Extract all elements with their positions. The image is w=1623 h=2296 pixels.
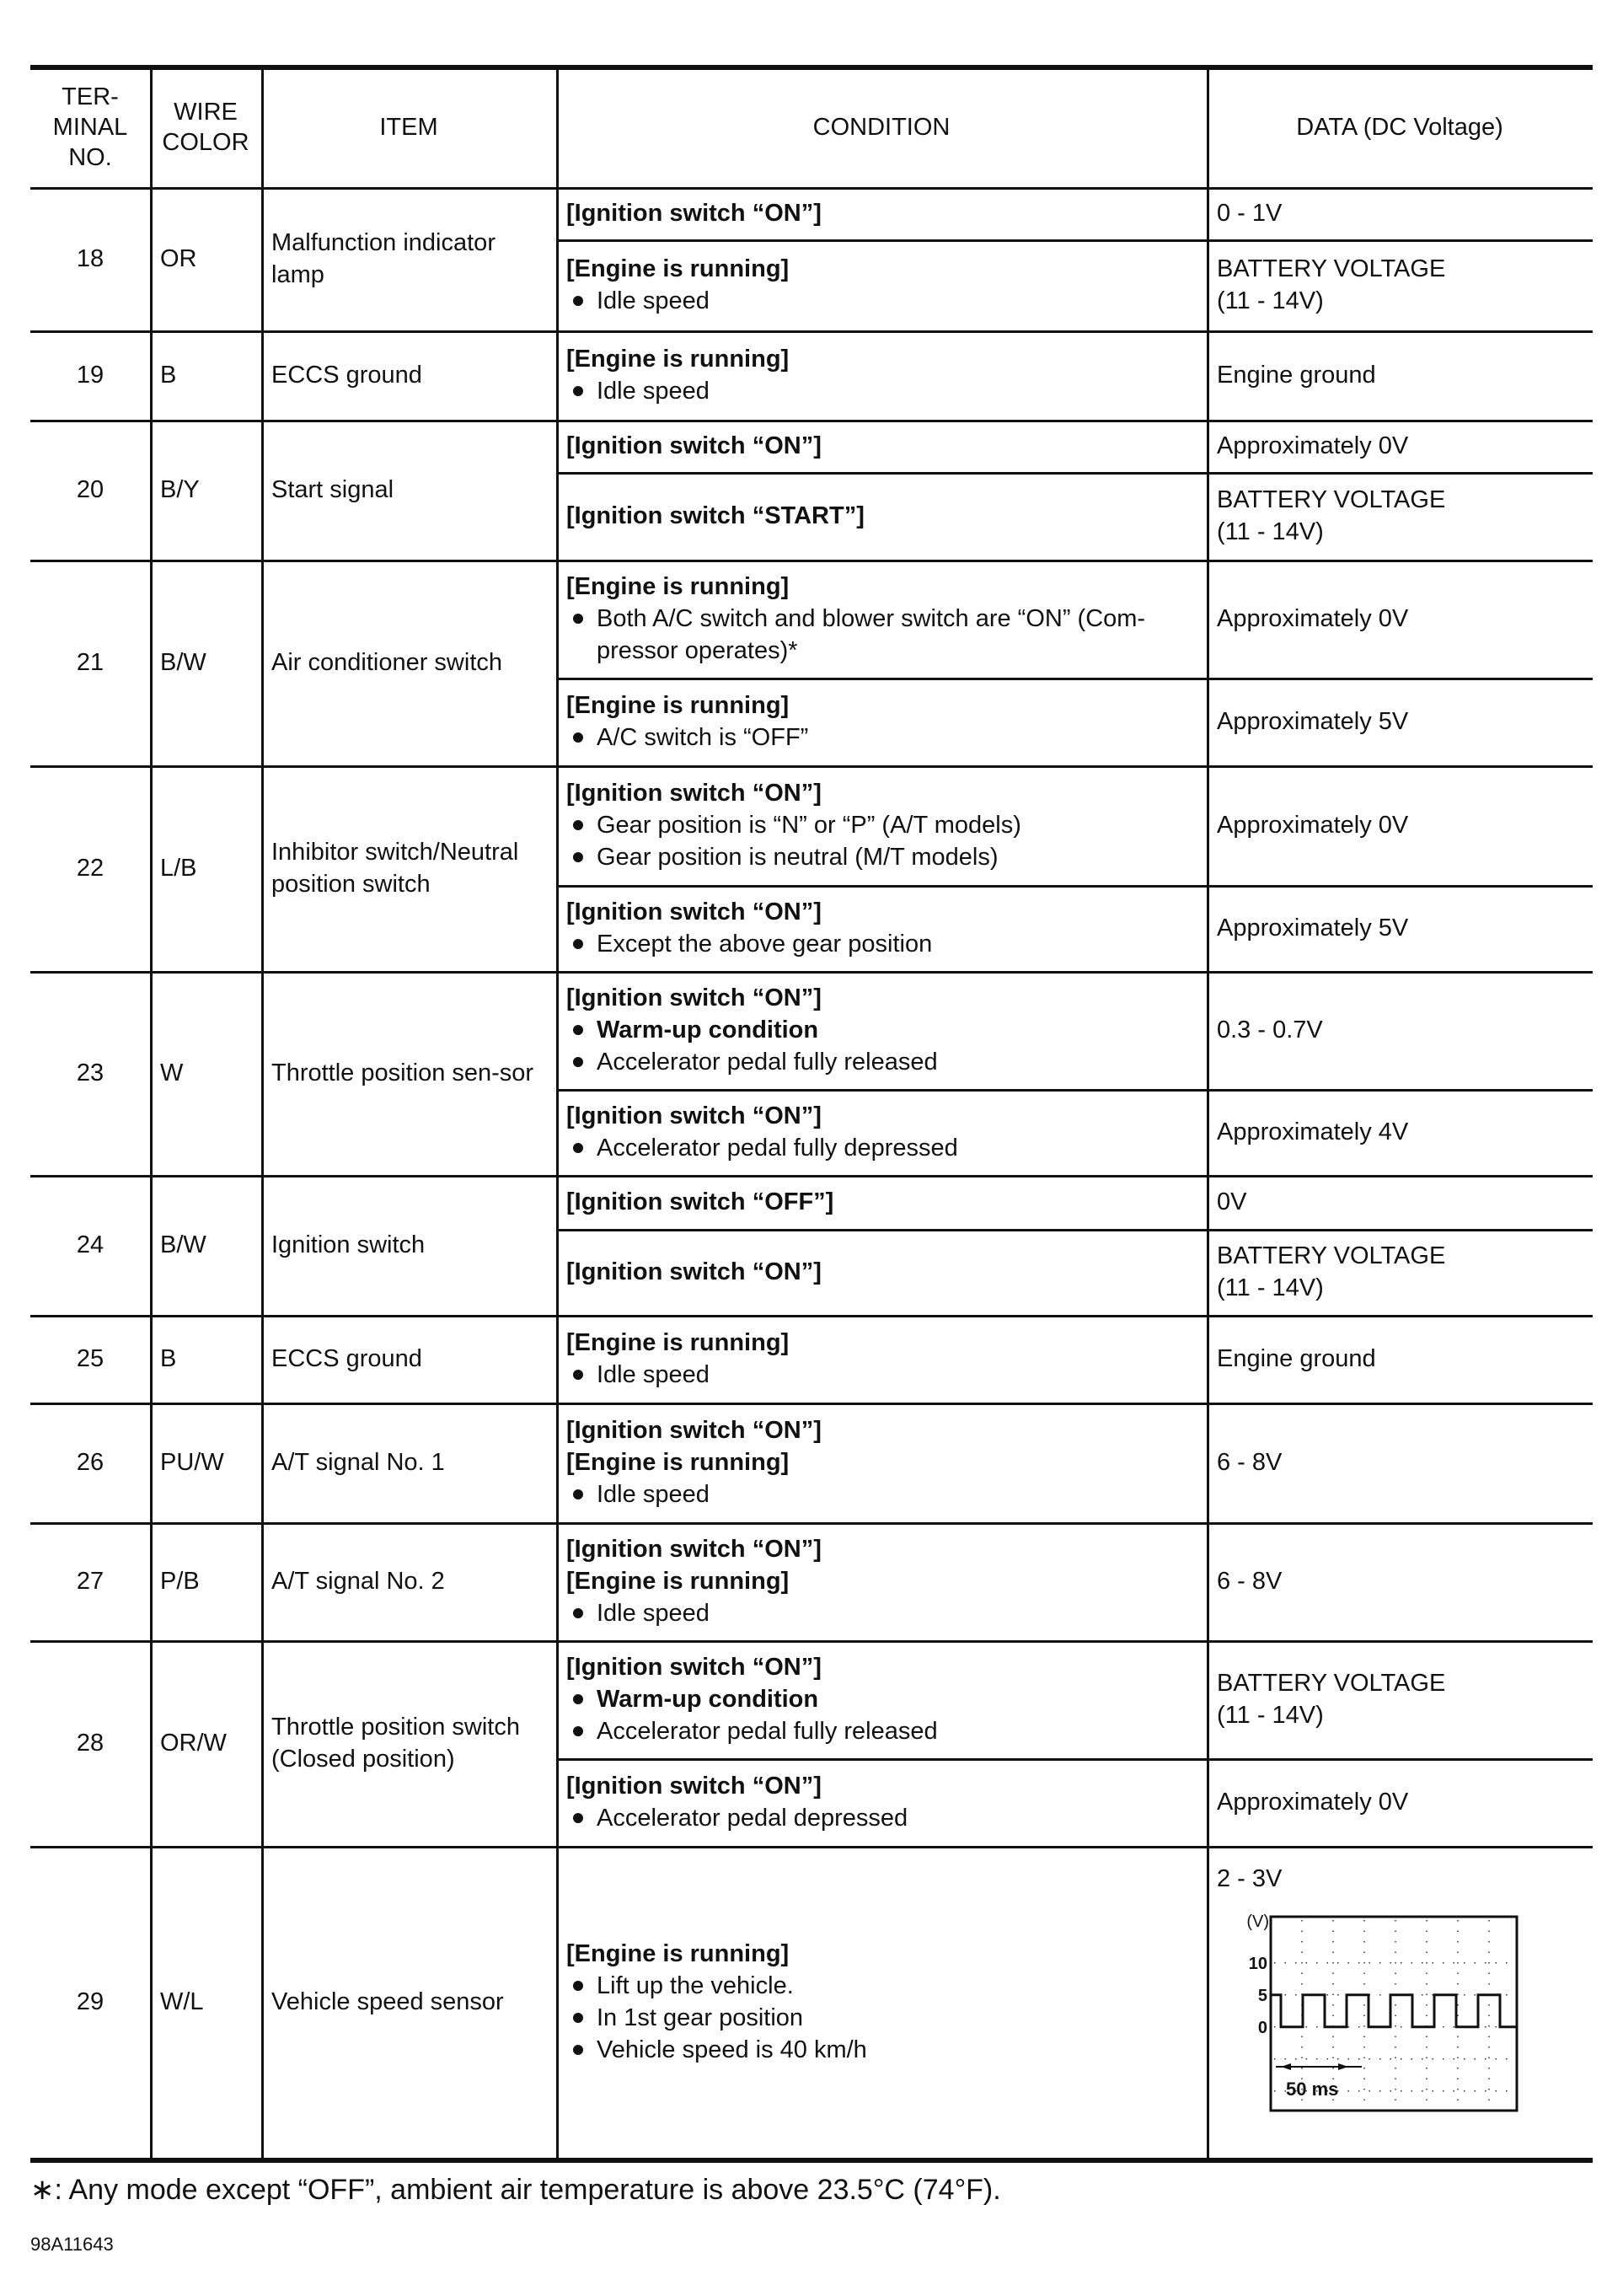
condition-heading: [Engine is running] bbox=[566, 343, 789, 375]
item-name: Malfunction indicator lamp bbox=[261, 187, 556, 330]
item-name-text: Vehicle speed sensor bbox=[271, 1986, 504, 2018]
condition-bullet: Accelerator pedal depressed bbox=[566, 1802, 908, 1834]
header-label-line: NO. bbox=[68, 142, 112, 173]
condition-cell: [Ignition switch “ON”] bbox=[556, 1229, 1207, 1315]
item-name: Vehicle speed sensor bbox=[261, 1846, 556, 2158]
terminal-number-text: 21 bbox=[77, 646, 104, 679]
wire-color-text: B/Y bbox=[160, 474, 200, 506]
data-value-cell: 0 - 1V bbox=[1207, 187, 1593, 239]
y-tick-label: 0 bbox=[1258, 2019, 1267, 2037]
terminal-number: 28 bbox=[30, 1640, 150, 1846]
terminal-number: 20 bbox=[30, 420, 150, 560]
condition-bullet: Accelerator pedal fully released bbox=[566, 1046, 938, 1078]
data-value-cell: 6 - 8V bbox=[1207, 1522, 1593, 1640]
wire-color: PU/W bbox=[150, 1403, 261, 1522]
data-value: (11 - 14V) bbox=[1217, 516, 1324, 548]
data-value: Engine ground bbox=[1217, 1343, 1376, 1375]
condition-cell: [Ignition switch “ON”][Engine is running… bbox=[556, 1522, 1207, 1640]
terminal-number-text: 26 bbox=[77, 1446, 104, 1478]
wire-color: B/W bbox=[150, 560, 261, 765]
condition-bullet: Accelerator pedal fully released bbox=[566, 1715, 938, 1747]
column-divider bbox=[556, 67, 559, 2158]
condition-bullet: In 1st gear position bbox=[566, 2002, 803, 2034]
item-name-text: ECCS ground bbox=[271, 359, 422, 391]
item-name-text: Air conditioner switch bbox=[271, 646, 502, 679]
item-name-text: Inhibitor switch/Neutral position switch bbox=[271, 836, 548, 900]
terminal-number-text: 25 bbox=[77, 1343, 104, 1375]
header-label-line: DATA (DC Voltage) bbox=[1296, 112, 1503, 142]
terminal-number: 26 bbox=[30, 1403, 150, 1522]
data-value: Approximately 5V bbox=[1217, 912, 1408, 944]
condition-heading: [Ignition switch “ON”] bbox=[566, 777, 822, 809]
condition-cell: [Ignition switch “ON”]Accelerator pedal … bbox=[556, 1089, 1207, 1175]
item-name-text: A/T signal No. 2 bbox=[271, 1565, 445, 1597]
condition-heading: [Engine is running] bbox=[566, 689, 789, 722]
condition-cell: [Ignition switch “ON”][Engine is running… bbox=[556, 1403, 1207, 1522]
terminal-number-text: 18 bbox=[77, 243, 104, 275]
condition-heading: [Engine is running] bbox=[566, 1446, 789, 1478]
data-value-cell: Engine ground bbox=[1207, 1315, 1593, 1403]
data-value-cell: 6 - 8V bbox=[1207, 1403, 1593, 1522]
wire-color-text: B bbox=[160, 359, 176, 391]
data-value: BATTERY VOLTAGE bbox=[1217, 1667, 1445, 1699]
condition-heading: [Ignition switch “ON”] bbox=[566, 1651, 822, 1683]
header-terminal-no: TER-MINALNO. bbox=[30, 67, 150, 187]
condition-heading: [Engine is running] bbox=[566, 253, 789, 285]
data-value-cell: Approximately 0V bbox=[1207, 765, 1593, 885]
item-name: A/T signal No. 2 bbox=[261, 1522, 556, 1640]
wire-color-text: W bbox=[160, 1057, 183, 1089]
terminal-number-text: 19 bbox=[77, 359, 104, 391]
header-item: ITEM bbox=[261, 67, 556, 187]
item-name: Ignition switch bbox=[261, 1175, 556, 1315]
y-tick-label: 10 bbox=[1249, 1955, 1267, 1973]
condition-cell: [Engine is running]Both A/C switch and b… bbox=[556, 560, 1207, 678]
footnote: ∗: Any mode except “OFF”, ambient air te… bbox=[30, 2173, 1001, 2207]
condition-bullet: Idle speed bbox=[566, 1597, 710, 1629]
data-value-cell: 0V bbox=[1207, 1175, 1593, 1229]
item-name: Inhibitor switch/Neutral position switch bbox=[261, 765, 556, 971]
figure-code: 98A11643 bbox=[30, 2234, 114, 2256]
data-value-cell: Engine ground bbox=[1207, 330, 1593, 420]
condition-bullet: Idle speed bbox=[566, 375, 710, 407]
wire-color: OR bbox=[150, 187, 261, 330]
item-name: A/T signal No. 1 bbox=[261, 1403, 556, 1522]
item-name-text: Ignition switch bbox=[271, 1229, 425, 1261]
data-value: (11 - 14V) bbox=[1217, 1272, 1324, 1304]
data-value: 0 - 1V bbox=[1217, 197, 1282, 229]
item-name: ECCS ground bbox=[261, 330, 556, 420]
condition-heading: [Ignition switch “ON”] bbox=[566, 430, 822, 462]
y-unit-label: (V) bbox=[1246, 1912, 1269, 1931]
terminal-number-text: 20 bbox=[77, 474, 104, 506]
terminal-number-text: 24 bbox=[77, 1229, 104, 1261]
data-value-cell: Approximately 5V bbox=[1207, 678, 1593, 765]
data-value: Approximately 0V bbox=[1217, 1786, 1408, 1818]
column-divider bbox=[150, 67, 153, 2158]
data-value-cell: Approximately 5V bbox=[1207, 885, 1593, 971]
wire-color: B bbox=[150, 1315, 261, 1403]
vehicle-speed-sensor-waveform: (V)105050 ms bbox=[1235, 1893, 1564, 2121]
data-value: 0V bbox=[1217, 1186, 1246, 1218]
data-value-cell: Approximately 0V bbox=[1207, 420, 1593, 472]
wire-color: OR/W bbox=[150, 1640, 261, 1846]
data-value: Approximately 0V bbox=[1217, 809, 1408, 841]
wire-color-text: B/W bbox=[160, 646, 206, 679]
header-label-line: TER- bbox=[62, 82, 119, 112]
item-name-text: Throttle position sen-sor bbox=[271, 1057, 533, 1089]
condition-cell: [Ignition switch “ON”]Accelerator pedal … bbox=[556, 1758, 1207, 1846]
data-value: BATTERY VOLTAGE bbox=[1217, 1240, 1445, 1272]
wire-color: W/L bbox=[150, 1846, 261, 2158]
wire-color-text: P/B bbox=[160, 1565, 200, 1597]
condition-bullet: Except the above gear position bbox=[566, 928, 932, 960]
condition-cell: [Ignition switch “ON”]Except the above g… bbox=[556, 885, 1207, 971]
row-divider bbox=[30, 2158, 1593, 2160]
data-value: BATTERY VOLTAGE bbox=[1217, 484, 1445, 516]
terminal-number: 23 bbox=[30, 971, 150, 1175]
condition-heading: [Engine is running] bbox=[566, 1565, 789, 1597]
header-label-line: MINAL bbox=[53, 112, 128, 142]
wire-color-text: PU/W bbox=[160, 1446, 224, 1478]
data-value-cell: BATTERY VOLTAGE(11 - 14V) bbox=[1207, 472, 1593, 560]
condition-bullet: Gear position is “N” or “P” (A/T models) bbox=[566, 809, 1021, 841]
oscilloscope-chart: (V)105050 ms bbox=[1235, 1893, 1564, 2121]
condition-cell: [Engine is running]Idle speed bbox=[556, 330, 1207, 420]
terminal-number: 29 bbox=[30, 1846, 150, 2158]
condition-cell: [Ignition switch “ON”]Gear position is “… bbox=[556, 765, 1207, 885]
data-value-cell: Approximately 4V bbox=[1207, 1089, 1593, 1175]
data-value-cell: 0.3 - 0.7V bbox=[1207, 971, 1593, 1089]
header-condition: CONDITION bbox=[556, 67, 1207, 187]
wire-color-text: OR/W bbox=[160, 1727, 227, 1759]
terminal-data-table-page: TER-MINALNO.WIRECOLORITEMCONDITIONDATA (… bbox=[0, 0, 1623, 2296]
condition-bullet: Accelerator pedal fully depressed bbox=[566, 1132, 958, 1164]
wire-color-text: B/W bbox=[160, 1229, 206, 1261]
terminal-number: 25 bbox=[30, 1315, 150, 1403]
header-label-line: WIRE bbox=[174, 97, 238, 127]
header-label-line: ITEM bbox=[379, 112, 437, 142]
condition-heading: [Ignition switch “ON”] bbox=[566, 1533, 822, 1565]
data-value-cell: BATTERY VOLTAGE(11 - 14V) bbox=[1207, 239, 1593, 330]
item-name: ECCS ground bbox=[261, 1315, 556, 1403]
data-value-cell: Approximately 0V bbox=[1207, 1758, 1593, 1846]
item-name-text: A/T signal No. 1 bbox=[271, 1446, 445, 1478]
condition-heading: [Ignition switch “ON”] bbox=[566, 982, 822, 1014]
condition-cell: [Engine is running]Lift up the vehicle.I… bbox=[556, 1846, 1207, 2158]
condition-heading: [Ignition switch “START”] bbox=[566, 500, 865, 532]
header-wire-color: WIRECOLOR bbox=[150, 67, 261, 187]
condition-cell: [Engine is running]A/C switch is “OFF” bbox=[556, 678, 1207, 765]
condition-heading: [Ignition switch “ON”] bbox=[566, 1100, 822, 1132]
condition-bullet: Both A/C switch and blower switch are “O… bbox=[566, 603, 1198, 667]
column-divider bbox=[261, 67, 264, 2158]
data-value: Approximately 4V bbox=[1217, 1116, 1408, 1148]
data-value: (11 - 14V) bbox=[1217, 285, 1324, 317]
item-name: Air conditioner switch bbox=[261, 560, 556, 765]
time-scale-label: 50 ms bbox=[1286, 2079, 1338, 2100]
terminal-number-text: 27 bbox=[77, 1565, 104, 1597]
condition-bullet: Vehicle speed is 40 km/h bbox=[566, 2034, 867, 2066]
item-name-text: Malfunction indicator lamp bbox=[271, 227, 548, 291]
condition-cell: [Ignition switch “ON”]Warm-up conditionA… bbox=[556, 971, 1207, 1089]
header-label-line: CONDITION bbox=[813, 112, 951, 142]
condition-cell: [Ignition switch “OFF”] bbox=[556, 1175, 1207, 1229]
data-value: Approximately 0V bbox=[1217, 430, 1408, 462]
condition-bullet: Idle speed bbox=[566, 1478, 710, 1510]
data-value: (11 - 14V) bbox=[1217, 1699, 1324, 1731]
condition-cell: [Engine is running]Idle speed bbox=[556, 1315, 1207, 1403]
terminal-number-text: 28 bbox=[77, 1727, 104, 1759]
data-value: BATTERY VOLTAGE bbox=[1217, 253, 1445, 285]
condition-heading: [Ignition switch “ON”] bbox=[566, 1770, 822, 1802]
condition-bullet: Idle speed bbox=[566, 1359, 710, 1391]
data-value-cell: BATTERY VOLTAGE(11 - 14V) bbox=[1207, 1229, 1593, 1315]
terminal-number: 22 bbox=[30, 765, 150, 971]
data-value: Engine ground bbox=[1217, 359, 1376, 391]
item-name-text: Start signal bbox=[271, 474, 394, 506]
data-value: 2 - 3V bbox=[1217, 1863, 1282, 1895]
terminal-number: 21 bbox=[30, 560, 150, 765]
wire-color: P/B bbox=[150, 1522, 261, 1640]
data-value: Approximately 0V bbox=[1217, 603, 1408, 635]
condition-heading: [Engine is running] bbox=[566, 571, 789, 603]
data-value: 0.3 - 0.7V bbox=[1217, 1014, 1323, 1046]
condition-bullet: A/C switch is “OFF” bbox=[566, 722, 808, 754]
column-divider bbox=[1207, 67, 1209, 2158]
wire-color-text: W/L bbox=[160, 1986, 204, 2018]
y-tick-label: 5 bbox=[1258, 1987, 1267, 2005]
header-label-line: COLOR bbox=[162, 127, 249, 158]
condition-cell: [Ignition switch “START”] bbox=[556, 472, 1207, 560]
wire-color: B/Y bbox=[150, 420, 261, 560]
condition-heading: [Engine is running] bbox=[566, 1938, 789, 1970]
wire-color-text: L/B bbox=[160, 852, 197, 884]
condition-bullet: Warm-up condition bbox=[566, 1683, 818, 1715]
terminal-number-text: 29 bbox=[77, 1986, 104, 2018]
wire-color: B bbox=[150, 330, 261, 420]
condition-bullet: Gear position is neutral (M/T models) bbox=[566, 841, 999, 873]
terminal-number: 19 bbox=[30, 330, 150, 420]
condition-heading: [Ignition switch “OFF”] bbox=[566, 1186, 833, 1218]
wire-color-text: B bbox=[160, 1343, 176, 1375]
data-value: Approximately 5V bbox=[1217, 705, 1408, 738]
condition-cell: [Ignition switch “ON”] bbox=[556, 420, 1207, 472]
condition-cell: [Ignition switch “ON”]Warm-up conditionA… bbox=[556, 1640, 1207, 1758]
item-name: Throttle position switch (Closed positio… bbox=[261, 1640, 556, 1846]
header-data: DATA (DC Voltage) bbox=[1207, 67, 1593, 187]
data-value-cell: Approximately 0V bbox=[1207, 560, 1593, 678]
condition-heading: [Engine is running] bbox=[566, 1327, 789, 1359]
condition-heading: [Ignition switch “ON”] bbox=[566, 896, 822, 928]
item-name-text: Throttle position switch (Closed positio… bbox=[271, 1711, 548, 1775]
data-value: 6 - 8V bbox=[1217, 1446, 1282, 1478]
condition-heading: [Ignition switch “ON”] bbox=[566, 1256, 822, 1288]
condition-heading: [Ignition switch “ON”] bbox=[566, 197, 822, 229]
condition-bullet: Idle speed bbox=[566, 285, 710, 317]
data-value-cell: BATTERY VOLTAGE(11 - 14V) bbox=[1207, 1640, 1593, 1758]
terminal-number-text: 22 bbox=[77, 852, 104, 884]
wire-color: B/W bbox=[150, 1175, 261, 1315]
condition-heading: [Ignition switch “ON”] bbox=[566, 1414, 822, 1446]
terminal-number: 24 bbox=[30, 1175, 150, 1315]
terminal-number-text: 23 bbox=[77, 1057, 104, 1089]
condition-bullet: Lift up the vehicle. bbox=[566, 1970, 794, 2002]
item-name: Throttle position sen-sor bbox=[261, 971, 556, 1175]
condition-cell: [Ignition switch “ON”] bbox=[556, 187, 1207, 239]
terminal-number: 27 bbox=[30, 1522, 150, 1640]
wire-color-text: OR bbox=[160, 243, 197, 275]
item-name-text: ECCS ground bbox=[271, 1343, 422, 1375]
condition-bullet: Warm-up condition bbox=[566, 1014, 818, 1046]
wire-color: W bbox=[150, 971, 261, 1175]
wire-color: L/B bbox=[150, 765, 261, 971]
item-name: Start signal bbox=[261, 420, 556, 560]
terminal-number: 18 bbox=[30, 187, 150, 330]
data-value: 6 - 8V bbox=[1217, 1565, 1282, 1597]
condition-cell: [Engine is running]Idle speed bbox=[556, 239, 1207, 330]
